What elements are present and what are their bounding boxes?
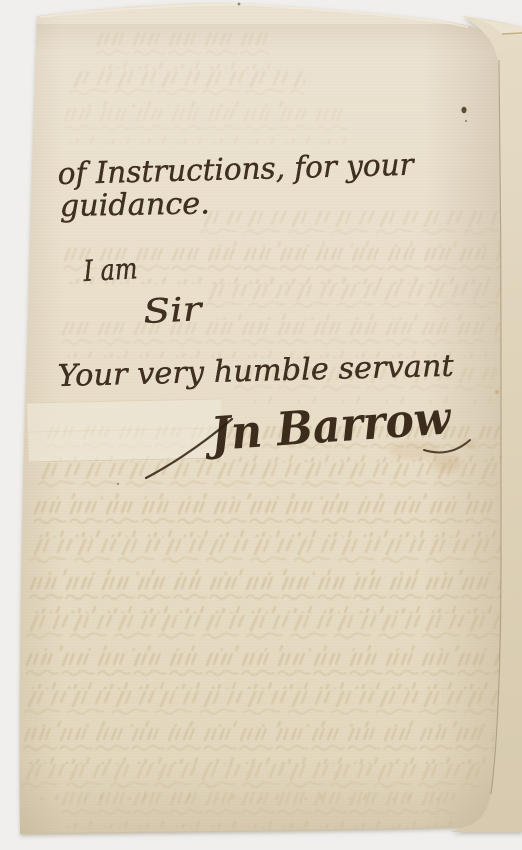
- foxing-stain: [433, 454, 461, 472]
- ghost-row: [62, 108, 347, 144]
- ghost-row: [70, 71, 305, 107]
- ghost-row: [28, 577, 506, 613]
- ghost-row: [26, 615, 504, 651]
- page-surface: of Instructions, for your guidance. I am…: [10, 0, 510, 850]
- ghost-row: [95, 33, 270, 69]
- ghost-row: [30, 539, 506, 575]
- under-page-edge-line: [502, 33, 522, 34]
- rust-spot: [495, 390, 499, 394]
- ink-speck: [117, 483, 119, 485]
- letter-line-3: I am: [82, 251, 139, 288]
- ink-blot: [461, 107, 466, 113]
- dust-speck: [238, 3, 241, 6]
- ghost-row: [24, 653, 504, 689]
- ghost-row: [60, 792, 456, 828]
- ghost-row: [32, 501, 506, 537]
- ghost-row: [22, 728, 494, 764]
- manuscript-photograph: of Instructions, for your guidance. I am…: [0, 0, 522, 850]
- ghost-row: [205, 284, 507, 320]
- ghost-row: [24, 691, 500, 727]
- letter-line-2: guidance.: [60, 186, 211, 224]
- paper-patch: [27, 399, 223, 463]
- ink-speck: [465, 120, 467, 122]
- letter-page-svg: of Instructions, for your guidance. I am…: [0, 0, 522, 850]
- letter-line-4: Sir: [142, 289, 205, 331]
- ghost-row: [200, 211, 500, 247]
